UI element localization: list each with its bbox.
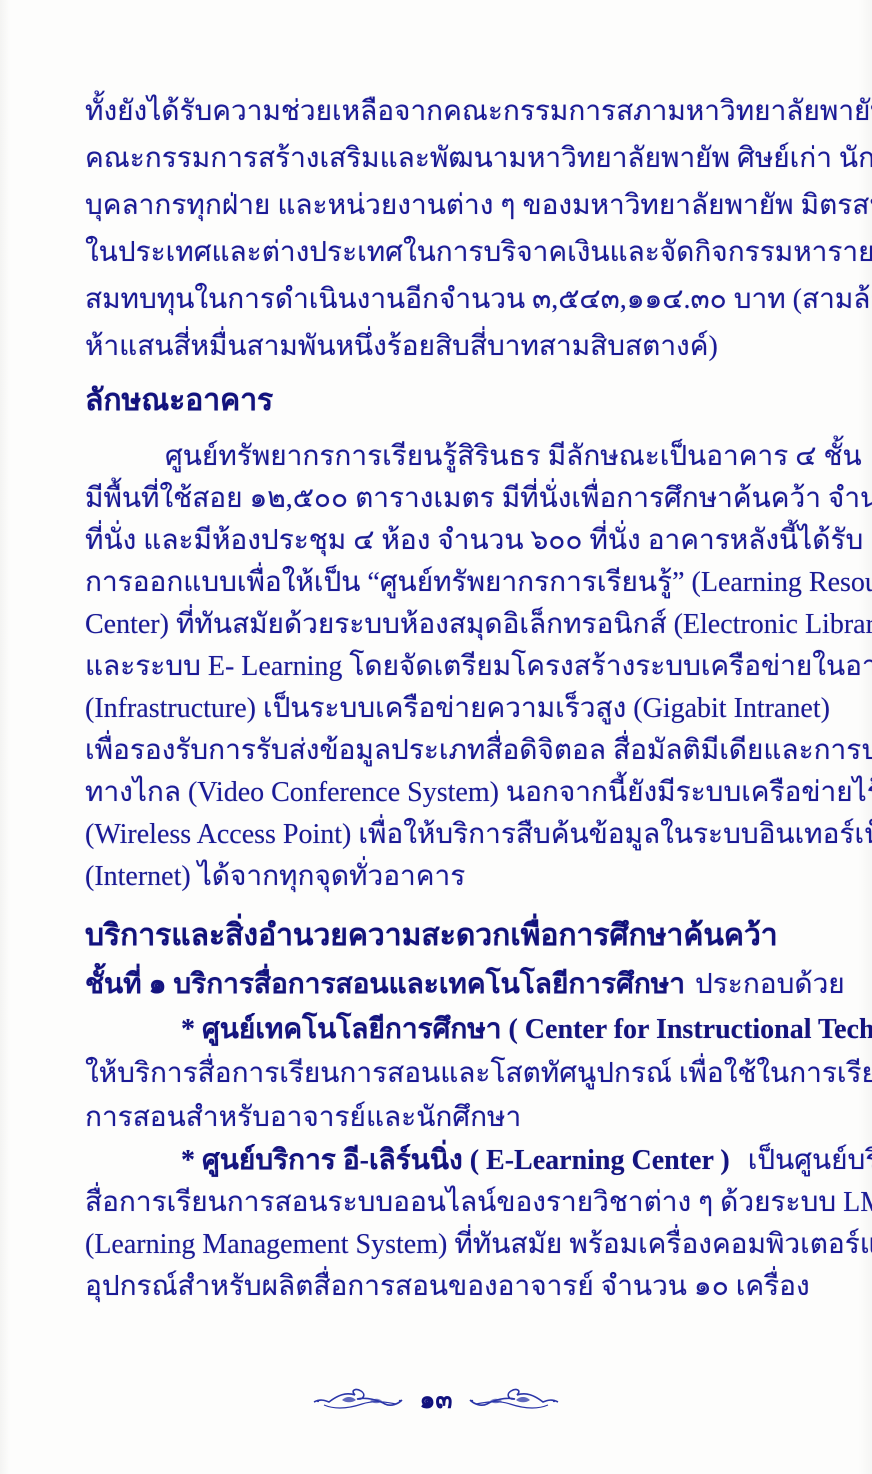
page-number: ๑๓ xyxy=(420,1386,453,1416)
paragraph-building-description: ศูนย์ทรัพยากรการเรียนรู้สิรินธร มีลักษณะ… xyxy=(85,436,797,898)
text-line: เพื่อรองรับการรับส่งข้อมูลประเภทสื่อดิจิ… xyxy=(85,730,797,772)
text-line: ศูนย์ทรัพยากรการเรียนรู้สิรินธร มีลักษณะ… xyxy=(85,436,797,478)
text-line: คณะกรรมการสร้างเสริมและพัฒนามหาวิทยาลัยพ… xyxy=(85,135,797,182)
text-line: มีพื้นที่ใช้สอย ๑๒,๕๐๐ ตารางเมตร มีที่นั… xyxy=(85,478,797,520)
text-line: ในประเทศและต่างประเทศในการบริจาคเงินและจ… xyxy=(85,229,797,276)
text-line: และระบบ E- Learning โดยจัดเตรียมโครงสร้า… xyxy=(85,646,797,688)
bullet-title: * ศูนย์เทคโนโลยีการศึกษา ( Center for In… xyxy=(85,1008,797,1052)
text-line: (Internet) ได้จากทุกจุดทั่วอาคาร xyxy=(85,856,797,898)
text-line: ทางไกล (Video Conference System) นอกจากน… xyxy=(85,772,797,814)
text-line: การสอนสำหรับอาจารย์และนักศึกษา xyxy=(85,1096,797,1140)
bullet-elearning-center: * ศูนย์บริการ อี-เลิร์นนิ่ง ( E-Learning… xyxy=(85,1140,797,1308)
text-line: Center) ที่ทันสมัยด้วยระบบห้องสมุดอิเล็ก… xyxy=(85,604,797,646)
footer-flourish-left-icon xyxy=(312,1387,404,1415)
text-line: สมทบทุนในการดำเนินงานอีกจำนวน ๓,๕๔๓,๑๑๔.… xyxy=(85,276,797,323)
floor-1-title: ชั้นที่ ๑ บริการสื่อการสอนและเทคโนโลยีกา… xyxy=(85,969,685,1000)
floor-1-suffix: ประกอบด้วย xyxy=(695,969,845,1000)
text-line: สื่อการเรียนการสอนระบบออนไลน์ของรายวิชาต… xyxy=(85,1182,797,1224)
bullet-title-suffix: เป็นศูนย์บริการ xyxy=(748,1145,872,1176)
paragraph-donations: ทั้งยังได้รับความช่วยเหลือจากคณะกรรมการส… xyxy=(85,88,797,370)
document-page: ทั้งยังได้รับความช่วยเหลือจากคณะกรรมการส… xyxy=(0,0,872,1474)
text-line: (Learning Management System) ที่ทันสมัย … xyxy=(85,1224,797,1266)
text-line: ที่นั่ง และมีห้องประชุม ๔ ห้อง จำนวน ๖๐๐… xyxy=(85,520,797,562)
text-line: การออกแบบเพื่อให้เป็น “ศูนย์ทรัพยากรการเ… xyxy=(85,562,797,604)
bullet-title: * ศูนย์บริการ อี-เลิร์นนิ่ง ( E-Learning… xyxy=(181,1145,730,1176)
bullet-instructional-technology: * ศูนย์เทคโนโลยีการศึกษา ( Center for In… xyxy=(85,1008,797,1140)
text-line: ห้าแสนสี่หมื่นสามพันหนึ่งร้อยสิบสี่บาทสา… xyxy=(85,323,797,370)
text-line: ให้บริการสื่อการเรียนการสอนและโสตทัศนูปก… xyxy=(85,1052,797,1096)
text-line: (Wireless Access Point) เพื่อให้บริการสื… xyxy=(85,814,797,856)
section-heading-services: บริการและสิ่งอำนวยความสะดวกเพื่อการศึกษา… xyxy=(85,916,797,956)
floor-1-heading: ชั้นที่ ๑ บริการสื่อการสอนและเทคโนโลยีกา… xyxy=(85,962,797,1006)
text-line: (Infrastructure) เป็นระบบเครือข่ายความเร… xyxy=(85,688,797,730)
footer-flourish-right-icon xyxy=(468,1387,560,1415)
section-heading-building: ลักษณะอาคาร xyxy=(85,381,797,421)
page-footer: ๑๓ xyxy=(0,1386,872,1416)
text-line: บุคลากรทุกฝ่าย และหน่วยงานต่าง ๆ ของมหาว… xyxy=(85,182,797,229)
text-line: ทั้งยังได้รับความช่วยเหลือจากคณะกรรมการส… xyxy=(85,88,797,135)
text-line: อุปกรณ์สำหรับผลิตสื่อการสอนของอาจารย์ จำ… xyxy=(85,1266,797,1308)
